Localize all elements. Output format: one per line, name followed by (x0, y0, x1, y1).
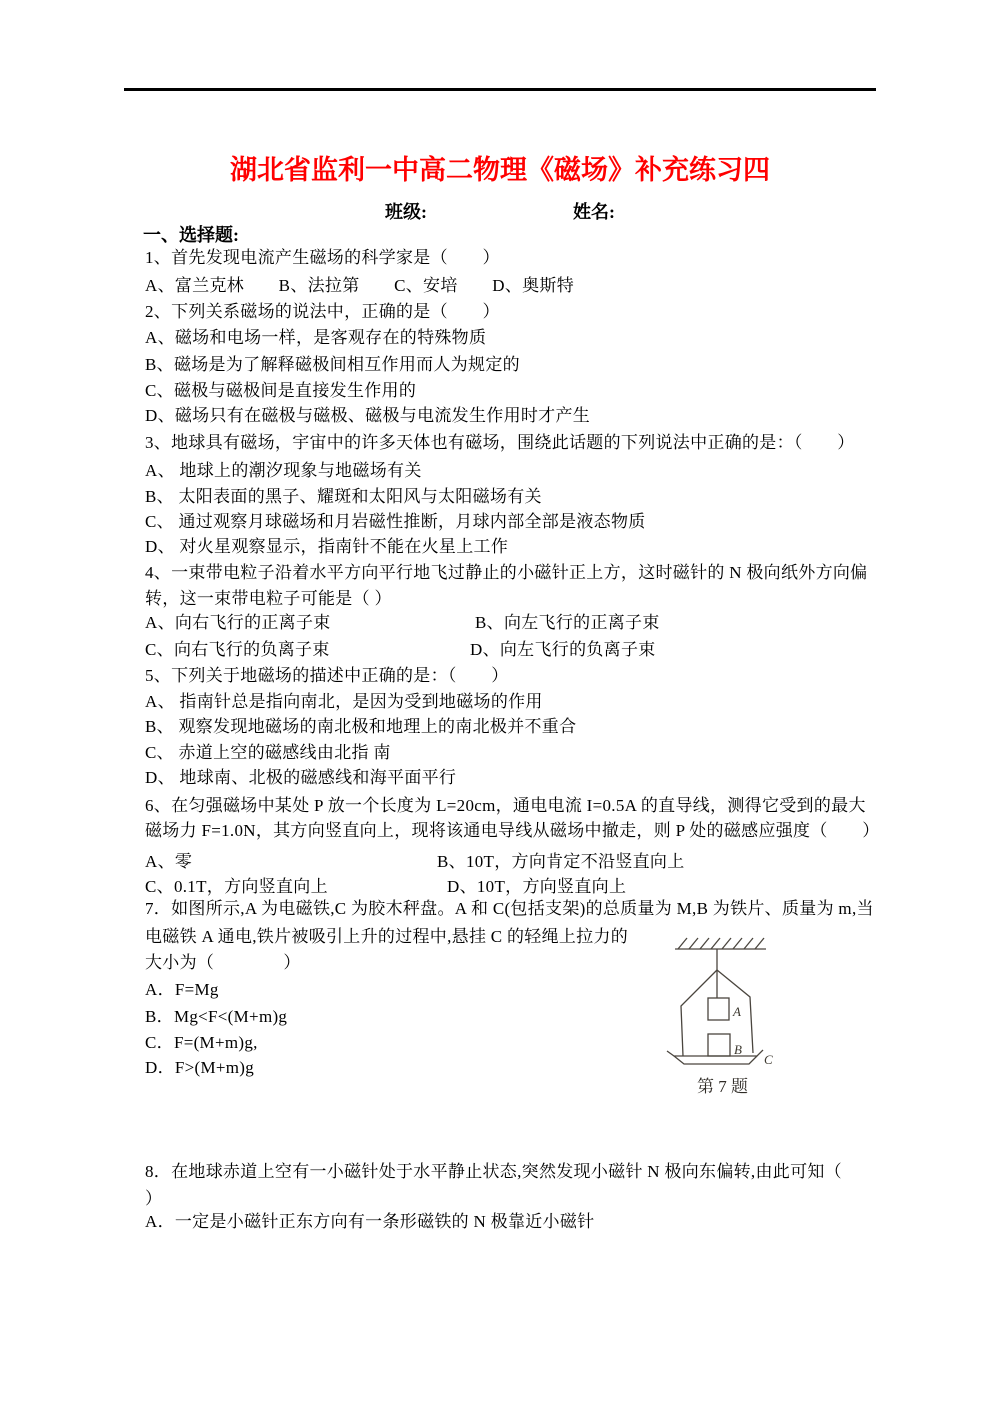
q3-option-c: C、 通过观察月球磁场和月岩磁性推断，月球内部全部是液态物质 (145, 512, 646, 532)
q2-option-d: D、磁场只有在磁极与磁极、磁极与电流发生作用时才产生 (145, 406, 590, 426)
q7-option-d: D．F>(M+m)g (145, 1058, 254, 1078)
q8-stem-line2: ） (145, 1189, 162, 1209)
figure-frame-left (681, 970, 717, 1056)
q2-option-a: A、磁场和电场一样，是客观存在的特殊物质 (145, 328, 486, 348)
q7-stem-line3: 大小为（ ） (145, 953, 301, 973)
q3-option-d: D、 对火星观察显示，指南针不能在火星上工作 (145, 537, 508, 557)
q8-option-a: A．一定是小磁针正东方向有一条形磁铁的 N 极靠近小磁针 (145, 1212, 594, 1232)
q3-option-a: A、 地球上的潮汐现象与地磁场有关 (145, 461, 422, 481)
figure-tray-top (667, 1050, 763, 1056)
q7-option-a: A．F=Mg (145, 980, 219, 1000)
figure-tray-bottom (674, 1056, 757, 1064)
q5-option-c: C、 赤道上空的磁感线由北指 南 (145, 743, 391, 763)
q6-stem-line1: 6、在匀强磁场中某处 P 放一个长度为 L=20cm，通电电流 I=0.5A 的… (145, 796, 866, 816)
class-label: 班级: (385, 198, 427, 224)
page-title: 湖北省监利一中高二物理《磁场》补充练习四 (124, 148, 876, 187)
q8-stem-line1: 8．在地球赤道上空有一小磁针处于水平静止状态,突然发现小磁针 N 极向东偏转,由… (145, 1162, 842, 1182)
q5-option-a: A、 指南针总是指向南北，是因为受到地磁场的作用 (145, 692, 543, 712)
header-rule (124, 88, 876, 91)
q3-stem: 3、地球具有磁场，宇宙中的许多天体也有磁场，围绕此话题的下列说法中正确的是：（ … (145, 433, 855, 453)
q2-stem: 2、下列关系磁场的说法中，正确的是（ ） (145, 302, 500, 322)
section-heading: 一、选择题: (143, 221, 239, 247)
q3-option-b: B、 太阳表面的黑子、耀斑和太阳风与太阳磁场有关 (145, 487, 542, 507)
q4-stem-line1: 4、一束带电粒子沿着水平方向平行地飞过静止的小磁针正上方，这时磁针的 N 极向纸… (145, 563, 867, 583)
q4-option-b: B、向左飞行的正离子束 (475, 613, 660, 633)
figure-label-c: C (764, 1052, 773, 1067)
q6-option-a: A、零 (145, 852, 192, 872)
q7-option-c: C．F=(M+m)g, (145, 1033, 258, 1053)
q2-option-b: B、磁场是为了解释磁极间相互作用而人为规定的 (145, 355, 520, 375)
q6-option-b: B、10T，方向肯定不沿竖直向上 (437, 852, 685, 872)
worksheet-page: 湖北省监利一中高二物理《磁场》补充练习四 班级: 姓名: 一、选择题: 1、首先… (0, 0, 993, 1404)
question7-figure-svg: A B C (645, 925, 800, 1075)
q4-option-a: A、向右飞行的正离子束 (145, 613, 331, 633)
q2-option-c: C、磁极与磁极间是直接发生作用的 (145, 381, 416, 401)
question7-figure: A B C (645, 925, 800, 1095)
q4-option-d: D、向左飞行的负离子束 (470, 640, 656, 660)
q7-stem-line1: 7．如图所示,A 为电磁铁,C 为胶木秤盘。A 和 C(包括支架)的总质量为 M… (145, 899, 874, 919)
figure-electromagnet-a (708, 998, 729, 1020)
name-label: 姓名: (573, 198, 615, 224)
figure-caption: 第 7 题 (645, 1072, 800, 1097)
figure-label-b: B (734, 1042, 742, 1057)
q6-option-d: D、10T，方向竖直向上 (447, 877, 626, 897)
q1-options: A、富兰克林 B、法拉第 C、安培 D、奥斯特 (145, 276, 574, 296)
q7-stem-line2: 电磁铁 A 通电,铁片被吸引上升的过程中,悬挂 C 的轻绳上拉力的 (145, 927, 628, 947)
figure-label-a: A (732, 1004, 741, 1019)
q5-option-d: D、 地球南、北极的磁感线和海平面平行 (145, 768, 456, 788)
q7-option-b: B．Mg<F<(M+m)g (145, 1007, 287, 1027)
q5-stem: 5、下列关于地磁场的描述中正确的是：（ ） (145, 666, 509, 686)
figure-ceiling-hatching (678, 938, 764, 949)
q5-option-b: B、 观察发现地磁场的南北极和地理上的南北极并不重合 (145, 717, 576, 737)
q4-option-c: C、向右飞行的负离子束 (145, 640, 330, 660)
q4-stem-line2: 转，这一束带电粒子可能是（ ） (145, 589, 392, 609)
q6-stem-line2: 磁场力 F=1.0N，其方向竖直向上，现将该通电导线从磁场中撤走，则 P 处的磁… (145, 821, 880, 841)
q1-stem: 1、首先发现电流产生磁场的科学家是（ ） (145, 248, 500, 268)
q6-option-c: C、0.1T，方向竖直向上 (145, 877, 328, 897)
figure-iron-piece-b (708, 1034, 730, 1056)
